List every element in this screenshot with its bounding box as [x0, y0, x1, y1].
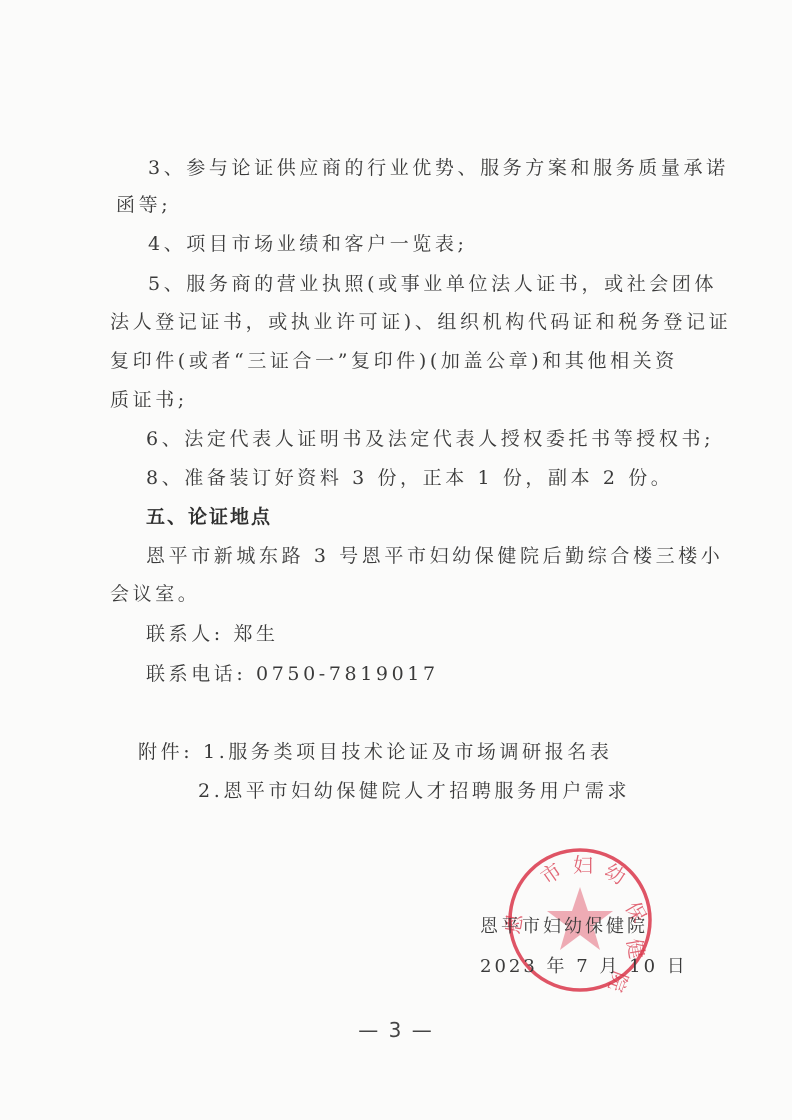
item-6: 6、法定代表人证明书及法定代表人授权委托书等授权书; [146, 427, 714, 451]
location-line-1: 恩平市新城东路 3 号恩平市妇幼保健院后勤综合楼三楼小 [146, 544, 723, 568]
item-5-line-4: 质证书; [110, 388, 188, 412]
page-number: — 3 — [0, 1018, 792, 1042]
section-heading: 五、论证地点 [146, 505, 272, 529]
item-3-line-1: 3、参与论证供应商的行业优势、服务方案和服务质量承诺 [148, 156, 729, 180]
item-5-line-2: 法人登记证书，或执业许可证)、组织机构代码证和税务登记证 [110, 310, 731, 334]
svg-text:幼: 幼 [601, 859, 630, 890]
attachment-1: 1.服务类项目技术论证及市场调研报名表 [203, 740, 613, 764]
location-line-2: 会议室。 [110, 582, 200, 606]
attachment-2: 2.恩平市妇幼保健院人才招聘服务用户需求 [198, 779, 630, 803]
item-5-line-3: 复印件(或者“三证合一”复印件)(加盖公章)和其他相关资 [110, 349, 678, 373]
signature-organization: 恩平市妇幼保健院 [480, 912, 648, 938]
item-4: 4、项目市场业绩和客户一览表; [148, 232, 468, 256]
svg-text:妇: 妇 [573, 853, 593, 877]
item-5-line-1: 5、服务商的营业执照(或事业单位法人证书，或社会团体 [148, 272, 717, 296]
item-8: 8、准备装订好资料 3 份，正本 1 份，副本 2 份。 [146, 466, 673, 490]
signature-date: 2023 年 7 月 10 日 [480, 952, 688, 978]
document-page: 3、参与论证供应商的行业优势、服务方案和服务质量承诺 函等; 4、项目市场业绩和… [0, 0, 792, 1120]
contact-phone: 联系电话: 0750-7819017 [146, 662, 439, 686]
contact-person: 联系人: 郑生 [146, 622, 279, 646]
item-3-line-2: 函等; [116, 193, 171, 217]
attachments-label: 附件: [138, 740, 193, 764]
